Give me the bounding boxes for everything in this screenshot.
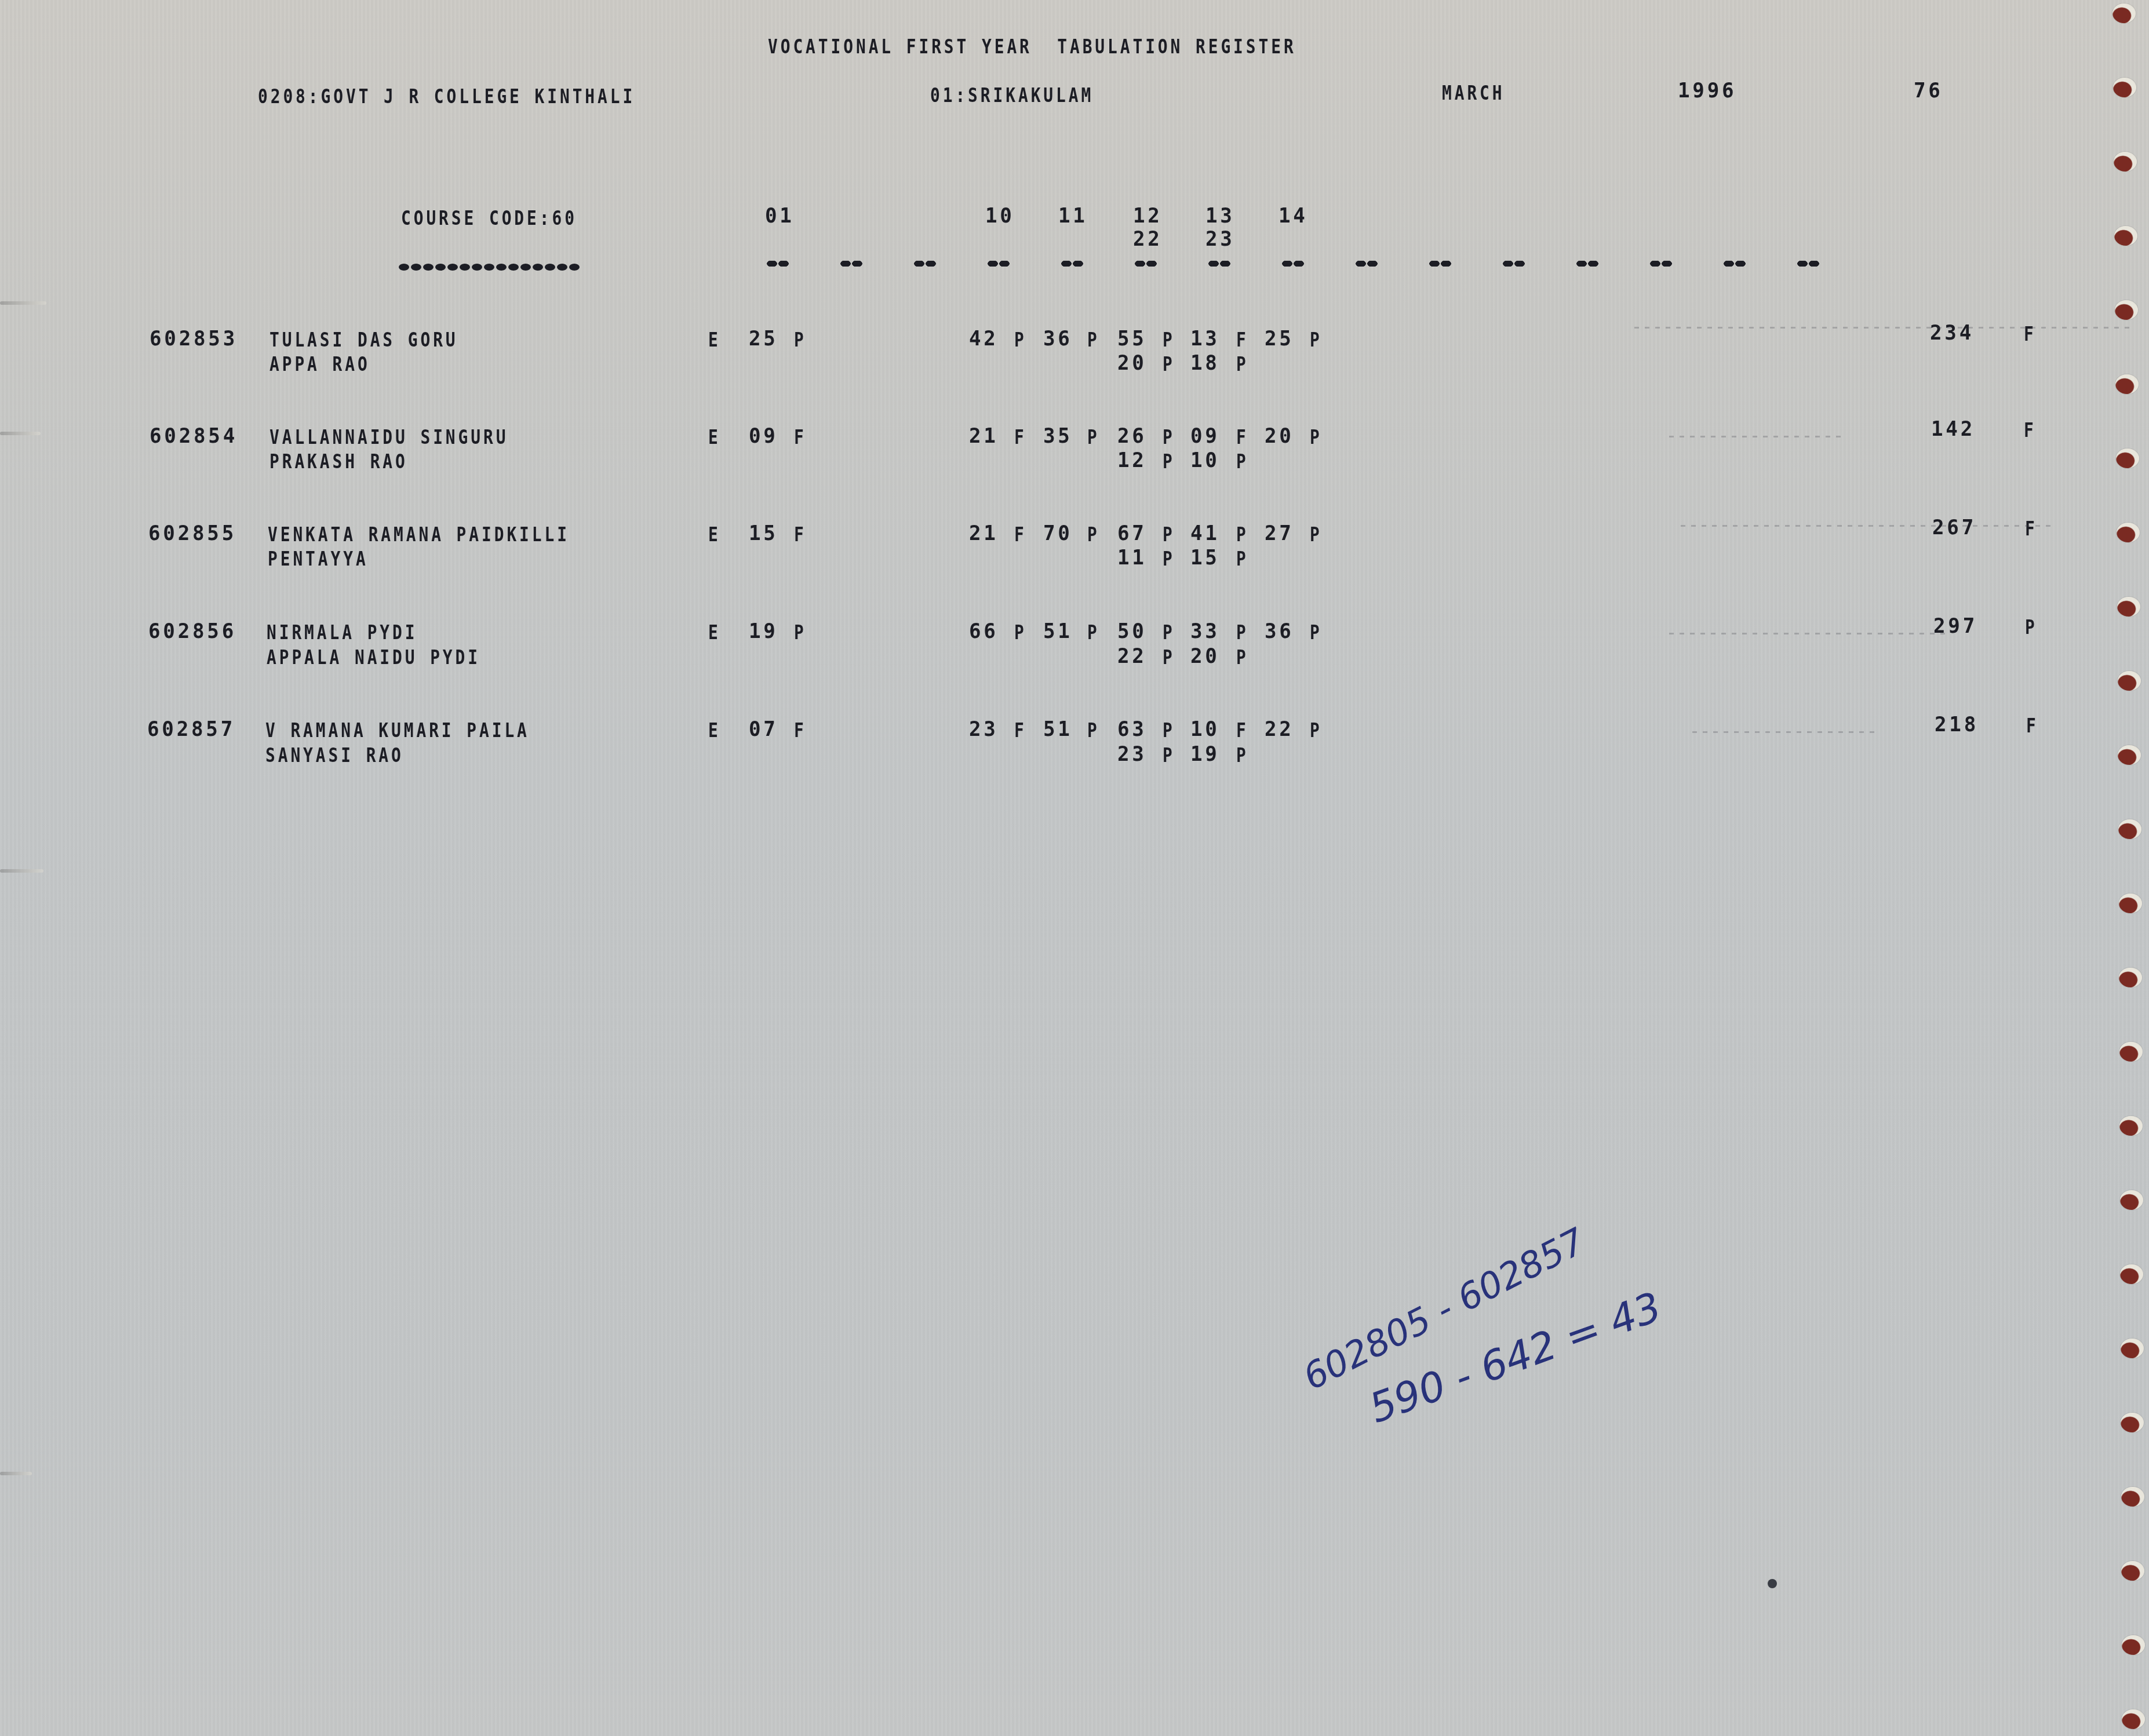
column-underline <box>1061 261 1085 267</box>
feed-hole <box>2119 968 2142 987</box>
result-11: P <box>1087 720 1100 742</box>
result-13: F <box>1236 426 1249 448</box>
mark-12: 63 <box>1117 719 1147 741</box>
result-22: P <box>1163 451 1175 473</box>
result-14: P <box>1310 524 1323 546</box>
result-01: P <box>794 329 807 351</box>
mark-12: 50 <box>1117 621 1147 643</box>
total-marks: 234 <box>1930 322 1974 344</box>
father-name: PRAKASH RAO <box>269 451 408 473</box>
course-code-label: COURSE CODE:60 <box>401 207 577 229</box>
result-13: F <box>1236 329 1249 351</box>
mark-13: 13 <box>1190 328 1220 350</box>
result-14: P <box>1310 622 1323 644</box>
result-12: P <box>1163 524 1175 546</box>
exam-year: 1996 <box>1678 80 1736 102</box>
subject-code-14: 14 <box>1279 205 1308 227</box>
medium: E <box>708 524 721 546</box>
mark-11: 36 <box>1043 328 1073 350</box>
result-23: P <box>1236 548 1249 570</box>
feed-hole <box>2119 1116 2143 1136</box>
mark-10: 42 <box>969 328 999 350</box>
mark-22: 23 <box>1117 743 1147 765</box>
mark-14: 36 <box>1265 621 1294 643</box>
result-01: F <box>794 524 807 546</box>
result-10: F <box>1014 524 1027 546</box>
mark-01: 09 <box>749 425 778 447</box>
mark-10: 21 <box>969 523 999 545</box>
feed-hole <box>2122 1709 2145 1729</box>
result-22: P <box>1163 745 1175 767</box>
mark-01: 15 <box>749 523 778 545</box>
result-12: P <box>1163 720 1175 742</box>
course-code-underline <box>399 262 607 268</box>
edge-tear <box>0 1472 32 1475</box>
result-01: P <box>794 622 807 644</box>
student-name: VENKATA RAMANA PAIDKILLI <box>268 524 570 546</box>
mark-14: 22 <box>1265 719 1294 741</box>
subject-code-22: 22 <box>1133 228 1163 250</box>
mark-12: 26 <box>1117 425 1147 447</box>
mark-22: 20 <box>1117 352 1147 374</box>
result-10: P <box>1014 622 1027 644</box>
father-name: SANYASI RAO <box>265 745 404 767</box>
exam-month: MARCH <box>1442 82 1505 104</box>
feed-hole <box>2119 893 2142 913</box>
feed-hole <box>2113 78 2136 97</box>
mark-10: 66 <box>969 621 999 643</box>
column-underline <box>840 261 864 267</box>
mark-12: 55 <box>1117 328 1147 350</box>
column-underline <box>766 261 791 267</box>
result-12: P <box>1163 426 1175 448</box>
result-22: P <box>1163 353 1175 375</box>
result-13: P <box>1236 622 1249 644</box>
feed-hole <box>2114 152 2137 172</box>
feed-hole <box>2117 523 2140 542</box>
mark-01: 07 <box>749 719 778 741</box>
mark-23: 10 <box>1190 450 1220 472</box>
subject-code-11: 11 <box>1058 205 1088 227</box>
total-marks: 218 <box>1935 714 1979 736</box>
edge-tear <box>0 432 41 435</box>
mark-13: 10 <box>1190 719 1220 741</box>
mark-10: 23 <box>969 719 999 741</box>
medium: E <box>708 622 721 644</box>
column-underline <box>1208 261 1232 267</box>
result-23: P <box>1236 647 1249 669</box>
feed-hole <box>2121 1413 2144 1432</box>
college-name: 0208:GOVT J R COLLEGE KINTHALI <box>258 86 635 108</box>
feed-hole <box>2121 1339 2144 1358</box>
mark-01: 25 <box>749 328 778 350</box>
subject-code-10: 10 <box>985 205 1015 227</box>
mark-10: 21 <box>969 425 999 447</box>
carbon-smudge <box>1692 731 1878 733</box>
mark-11: 51 <box>1043 621 1073 643</box>
mark-22: 11 <box>1117 547 1147 569</box>
father-name: APPA RAO <box>269 353 370 375</box>
student-name: VALLANNAIDU SINGURU <box>269 426 508 448</box>
mark-23: 15 <box>1190 547 1220 569</box>
result-23: P <box>1236 353 1249 375</box>
mark-13: 41 <box>1190 523 1220 545</box>
column-underline <box>1797 261 1821 267</box>
hall-ticket-number: 602856 <box>148 621 236 643</box>
result-11: P <box>1087 622 1100 644</box>
column-underline <box>1281 261 1306 267</box>
feed-hole <box>2112 3 2136 23</box>
feed-hole <box>2118 819 2141 839</box>
student-name: NIRMALA PYDI <box>267 622 417 644</box>
father-name: APPALA NAIDU PYDI <box>267 647 480 669</box>
feed-hole <box>2120 1264 2143 1284</box>
result-22: P <box>1163 647 1175 669</box>
carbon-smudge <box>1669 436 1843 437</box>
mark-14: 27 <box>1265 523 1294 545</box>
final-result: P <box>2025 617 2038 639</box>
feed-hole <box>2121 1561 2144 1581</box>
mark-11: 70 <box>1043 523 1073 545</box>
column-underline <box>1576 261 1600 267</box>
hall-ticket-number: 602854 <box>150 425 238 447</box>
result-14: P <box>1310 426 1323 448</box>
carbon-smudge <box>1681 525 2052 527</box>
subject-code-12: 12 <box>1133 205 1163 227</box>
column-underline <box>987 261 1011 267</box>
result-11: P <box>1087 329 1100 351</box>
result-14: P <box>1310 329 1323 351</box>
result-10: F <box>1014 426 1027 448</box>
mark-14: 20 <box>1265 425 1294 447</box>
medium: E <box>708 329 721 351</box>
hall-ticket-number: 602853 <box>150 328 238 350</box>
column-underline <box>1649 261 1674 267</box>
carbon-smudge <box>1634 327 2133 329</box>
carbon-smudge <box>1669 633 1947 634</box>
page-number: 76 <box>1914 80 1943 102</box>
result-11: P <box>1087 524 1100 546</box>
result-10: F <box>1014 720 1027 742</box>
hall-ticket-number: 602857 <box>147 719 235 741</box>
total-marks: 267 <box>1932 517 1976 539</box>
mark-23: 20 <box>1190 645 1220 668</box>
feed-hole <box>2116 448 2139 468</box>
column-underline <box>1134 261 1159 267</box>
feed-hole <box>2120 1190 2143 1210</box>
mark-22: 12 <box>1117 450 1147 472</box>
feed-hole <box>2115 300 2138 320</box>
register-title: VOCATIONAL FIRST YEAR TABULATION REGISTE… <box>768 36 1296 58</box>
ink-dot <box>1768 1579 1777 1588</box>
mark-11: 35 <box>1043 425 1073 447</box>
result-23: P <box>1236 745 1249 767</box>
district-name: 01:SRIKAKULAM <box>930 85 1094 107</box>
column-underline <box>1723 261 1747 267</box>
edge-tear <box>0 869 43 873</box>
result-12: P <box>1163 329 1175 351</box>
result-01: F <box>794 426 807 448</box>
column-underline <box>1429 261 1453 267</box>
result-23: P <box>1236 451 1249 473</box>
final-result: F <box>2026 715 2039 737</box>
feed-hole <box>2118 671 2141 691</box>
final-result: F <box>2024 420 2037 442</box>
result-14: P <box>1310 720 1323 742</box>
final-result: F <box>2025 518 2038 540</box>
column-underline <box>1355 261 1379 267</box>
mark-23: 18 <box>1190 352 1220 374</box>
feed-hole <box>2118 745 2141 765</box>
hall-ticket-number: 602855 <box>148 523 236 545</box>
feed-hole <box>2119 1042 2143 1062</box>
medium: E <box>708 426 721 448</box>
feed-hole <box>2114 226 2137 246</box>
result-12: P <box>1163 622 1175 644</box>
result-13: P <box>1236 524 1249 546</box>
result-10: P <box>1014 329 1027 351</box>
feed-hole <box>2117 597 2140 617</box>
mark-13: 09 <box>1190 425 1220 447</box>
result-22: P <box>1163 548 1175 570</box>
medium: E <box>708 720 721 742</box>
column-underline <box>1502 261 1527 267</box>
edge-tear <box>0 301 46 305</box>
mark-22: 22 <box>1117 645 1147 668</box>
total-marks: 142 <box>1931 418 1975 440</box>
subject-code-13: 13 <box>1205 205 1235 227</box>
mark-11: 51 <box>1043 719 1073 741</box>
subject-code-01: 01 <box>765 205 795 227</box>
father-name: PENTAYYA <box>268 548 369 570</box>
mark-23: 19 <box>1190 743 1220 765</box>
student-name: V RAMANA KUMARI PAILA <box>265 720 530 742</box>
mark-14: 25 <box>1265 328 1294 350</box>
feed-hole <box>2115 374 2139 394</box>
mark-13: 33 <box>1190 621 1220 643</box>
result-01: F <box>794 720 807 742</box>
result-11: P <box>1087 426 1100 448</box>
subject-code-23: 23 <box>1205 228 1235 250</box>
feed-hole <box>2122 1635 2145 1655</box>
student-name: TULASI DAS GORU <box>269 329 458 351</box>
mark-12: 67 <box>1117 523 1147 545</box>
column-underline <box>913 261 938 267</box>
result-13: F <box>1236 720 1249 742</box>
feed-hole <box>2121 1487 2144 1507</box>
mark-01: 19 <box>749 621 778 643</box>
